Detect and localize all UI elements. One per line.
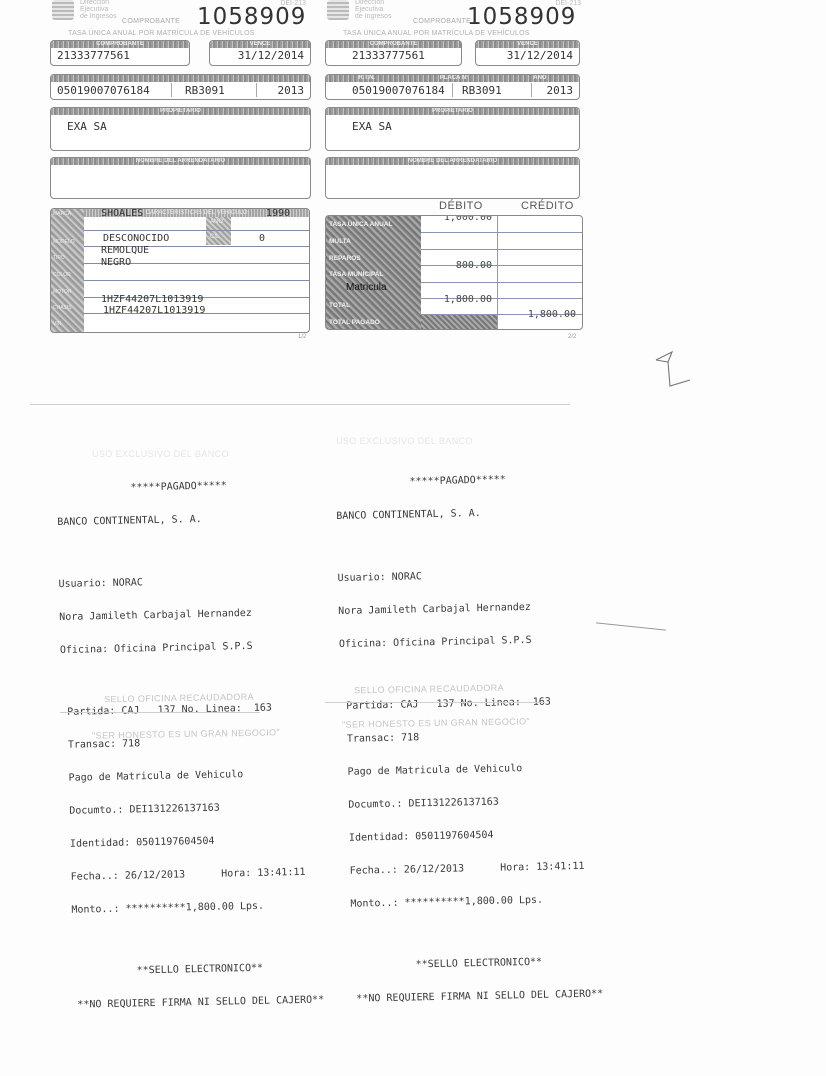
- anio-value: 2013: [272, 83, 311, 98]
- vence-value: 31/12/2014: [476, 48, 579, 63]
- receipt-bank: BANCO CONTINENTAL, S. A.: [336, 506, 593, 522]
- vehicle-tax-form-left: Dirección Ejecutiva de Ingresos DEI-213 …: [50, 0, 312, 345]
- row-label-total-pagado: TOTAL PAGADO: [329, 319, 380, 326]
- vence-field: VENCE 31/12/2014: [209, 40, 311, 66]
- receipt-sello-electronico: **SELLO ELECTRONICO**: [346, 956, 603, 972]
- receipt-concepto: Pago de Matricula de Vehiculo: [63, 768, 320, 784]
- bank-use-header: USO EXCLUSIVO DEL BANCO: [336, 436, 473, 446]
- rtn-value: 05019007076184: [346, 83, 451, 98]
- finance-table: TASA ÚNICA ANUAL MULTA REPAROS TASA MUNI…: [325, 215, 583, 330]
- comprobante-field: COMPROBANTE 21333777561: [50, 40, 190, 66]
- receipt-monto: Monto..: **********1,800.00 Lps.: [344, 894, 601, 910]
- bank-use-header: USO EXCLUSIVO DEL BANCO: [92, 449, 229, 459]
- receipt-nota: **NO REQUIERE FIRMA NI SELLO DEL CAJERO*…: [346, 989, 603, 1005]
- arrendatario-value: [51, 165, 310, 167]
- dei-logo-icon: [327, 0, 349, 20]
- comprobante-value: 21333777561: [326, 48, 461, 63]
- form-subtitle: TASA ÚNICA ANUAL POR MATRÍCULA DE VEHÍCU…: [68, 30, 255, 37]
- receipt-oficina: Oficina: Oficina Principal S.P.S: [60, 640, 317, 656]
- dei-logo-icon: [52, 0, 74, 20]
- credito-header: CRÉDITO: [521, 200, 574, 212]
- receipt-bank: BANCO CONTINENTAL, S. A.: [57, 512, 314, 528]
- page-number: 1/2: [298, 334, 306, 340]
- vence-field: VENCE 31/12/2014: [475, 40, 580, 66]
- vehicle-color: NEGRO: [101, 257, 131, 268]
- receipt-partida: Partida: CAJ 137 No. Linea: 163: [61, 702, 318, 718]
- receipt-documento: Documto.: DEI131226137163: [342, 795, 599, 811]
- receipt-oficina: Oficina: Oficina Principal S.P.S: [339, 634, 596, 650]
- row-label-reparos: REPAROS: [329, 255, 361, 262]
- receipt-documento: Documto.: DEI131226137163: [63, 801, 320, 817]
- receipt-identidad: Identidad: 0501197604504: [64, 834, 321, 850]
- propietario-field: PROPIETARIO EXA SA: [325, 107, 580, 151]
- vehicle-characteristics: MARCA MODELO TIPO COLOR MOTOR CHASIS VIN…: [50, 208, 310, 333]
- comprobante-label: COMPROBANTE: [413, 18, 471, 25]
- propietario-value: EXA SA: [51, 115, 310, 134]
- vehicle-anio: 1990: [266, 208, 290, 219]
- serial-number: 1058909: [467, 4, 576, 30]
- vehicle-tax-form-right: Dirección Ejecutiva de Ingresos DEI-213 …: [325, 0, 587, 345]
- vehicle-marca: SHOALES: [101, 208, 143, 219]
- receipt-usuario: Usuario: NORAC: [337, 568, 594, 584]
- form-subtitle: TASA ÚNICA ANUAL POR MATRÍCULA DE VEHÍCU…: [343, 30, 530, 37]
- vence-value: 31/12/2014: [210, 48, 310, 63]
- placa-value: RB3091: [179, 83, 231, 98]
- serial-number: 1058909: [197, 4, 306, 30]
- arrendatario-value: [326, 165, 579, 167]
- vehicle-vin: 1HZF44207L1013919: [103, 305, 205, 316]
- comprobante-field: COMPROBANTE 21333777561: [325, 40, 462, 66]
- row-label-multa: MULTA: [329, 238, 351, 245]
- row-label-tasa-unica: TASA ÚNICA ANUAL: [329, 221, 392, 228]
- agency-name: Dirección Ejecutiva de Ingresos: [355, 0, 392, 20]
- receipt-nombre: Nora Jamileth Carbajal Hernandez: [59, 607, 316, 623]
- vehicle-modelo: DESCONOCIDO: [103, 233, 169, 244]
- row-label-total: TOTAL: [329, 302, 350, 309]
- debito-tasa-unica: 1,000.00: [444, 215, 492, 223]
- receipt-transac: Transac: 718: [341, 729, 598, 745]
- receipt-sello-electronico: **SELLO ELECTRONICO**: [67, 962, 324, 978]
- debito-tasa-municipal: 800.00: [456, 260, 492, 271]
- propietario-value: EXA SA: [326, 115, 579, 134]
- debito-total: 1,800.00: [444, 294, 492, 305]
- propietario-field: PROPIETARIO EXA SA: [50, 107, 311, 151]
- rtn-placa-anio-row: 05019007076184 RB3091 2013: [50, 74, 311, 100]
- placa-value: RB3091: [456, 83, 508, 98]
- receipt-usuario: Usuario: NORAC: [58, 574, 315, 590]
- row-label-tasa-municipal: TASA MUNICIPAL: [329, 271, 383, 278]
- receipt-concepto: Pago de Matricula de Vehiculo: [342, 762, 599, 778]
- receipt-identidad: Identidad: 0501197604504: [343, 828, 600, 844]
- rtn-placa-anio-row: R.T.N. PLACA N° AÑO 05019007076184 RB309…: [325, 74, 580, 100]
- debito-header: DÉBITO: [439, 200, 483, 212]
- receipt-status: *****PAGADO*****: [56, 479, 313, 495]
- vehicle-cil: 0: [259, 233, 265, 244]
- bank-receipt-right: *****PAGADO***** BANCO CONTINENTAL, S. A…: [335, 451, 604, 1016]
- receipt-nota: **NO REQUIERE FIRMA NI SELLO DEL CAJERO*…: [67, 995, 324, 1011]
- receipt-nombre: Nora Jamileth Carbajal Hernandez: [338, 601, 595, 617]
- row-label-matricula: Matricula: [346, 282, 387, 293]
- rtn-value: 05019007076184: [51, 83, 156, 98]
- comprobante-value: 21333777561: [51, 48, 189, 63]
- credito-total-pagado: 1,800.00: [528, 309, 576, 320]
- vehicle-side-labels: MARCA MODELO TIPO COLOR MOTOR CHASIS VIN: [51, 209, 84, 332]
- receipt-monto: Monto..: **********1,800.00 Lps.: [65, 900, 322, 916]
- comprobante-label: COMPROBANTE: [122, 18, 180, 25]
- page-number: 2/2: [568, 334, 576, 340]
- anio-value: 2013: [541, 83, 580, 98]
- vehicle-chasis: 1HZF44207L1013919: [101, 294, 203, 305]
- receipt-status: *****PAGADO*****: [335, 473, 592, 489]
- agency-name: Dirección Ejecutiva de Ingresos: [80, 0, 117, 20]
- receipt-partida: Partida: CAJ 137 No. Linea: 163: [340, 696, 597, 712]
- receipt-fecha: Fecha..: 26/12/2013 Hora: 13:41:11: [344, 861, 601, 877]
- receipt-fecha: Fecha..: 26/12/2013 Hora: 13:41:11: [65, 867, 322, 883]
- arrendatario-field: NOMBRE DEL ARRENDATARIO: [325, 157, 580, 199]
- arrendatario-field: NOMBRE DEL ARRENDATARIO: [50, 157, 311, 199]
- handwritten-mark-icon: [650, 348, 700, 393]
- vehicle-tipo: REMOLQUE: [101, 245, 149, 256]
